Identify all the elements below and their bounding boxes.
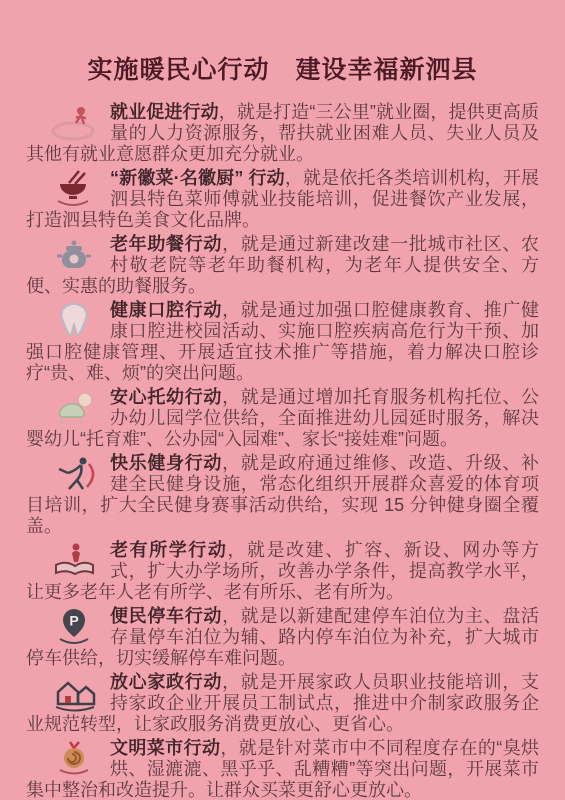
- action-item-elder-learning: 老有所学行动，就是改建、扩容、新设、网办等方式，扩大办学场所，改善办学条件，提高…: [26, 540, 539, 603]
- veg-basket-icon: [48, 739, 100, 779]
- action-body: ，就是针对菜市中不同程度存在的“臭烘烘、湿漉漉、黑乎乎、乱糟糟”等突出问题，开展…: [26, 738, 539, 800]
- action-title: 便民停车行动: [110, 606, 222, 626]
- action-item-housekeeping: 放心家政行动，就是开展家政人员职业技能培训，支持家政企业开展员工制试点，推进中介…: [26, 672, 539, 735]
- action-item-fitness: 快乐健身行动，就是政府通过维修、改造、升级、补建全民健身设施，常态化组织开展群众…: [26, 453, 539, 537]
- action-body: ，就是打造“三公里”就业圈，提供更高质量的人力资源服务，帮扶就业困难人员、失业人…: [26, 102, 539, 164]
- meal-pot-icon: [48, 235, 100, 275]
- action-body: ，就是政府通过维修、改造、升级、补建全民健身设施，常态化组织开展群众喜爱的体育项…: [26, 453, 539, 536]
- action-title: 文明菜市行动: [110, 738, 220, 758]
- open-book-icon: [48, 541, 100, 581]
- action-body: ，就是通过加强口腔健康教育、推广健康口腔进校园活动、实施口腔疾病高危行为干预、加…: [26, 300, 539, 383]
- bowl-chopsticks-icon: [48, 169, 100, 209]
- poster-page: 实施暖民心行动 建设幸福新泗县 就业促进行动，就是打造“三公里”就业圈，提供更高…: [0, 0, 565, 800]
- action-title: 安心托幼行动: [110, 387, 222, 407]
- action-title: 老年助餐行动: [110, 234, 222, 254]
- action-body: ，就是开展家政人员职业技能培训，支持家政企业开展员工制试点，推进中介制家政服务企…: [26, 672, 539, 734]
- action-item-childcare: 安心托幼行动，就是通过增加托育服务机构托位、公办幼儿园学位供给，全面推进幼儿园延…: [26, 387, 539, 450]
- tooth-icon: [48, 301, 100, 341]
- action-title: 快乐健身行动: [110, 453, 222, 473]
- action-title: 健康口腔行动: [110, 300, 222, 320]
- gymnast-icon: [48, 454, 100, 494]
- action-item-elder-meal: 老年助餐行动，就是通过新建改建一批城市社区、农村敬老院等老年助餐机构，为老年人提…: [26, 234, 539, 297]
- action-title: 老有所学行动: [110, 540, 227, 560]
- action-body: ，就是通过增加托育服务机构托位、公办幼儿园学位供给，全面推进幼儿园延时服务，解决…: [26, 387, 539, 449]
- crawling-baby-icon: [48, 388, 100, 428]
- actions-list: 就业促进行动，就是打造“三公里”就业圈，提供更高质量的人力资源服务，帮扶就业困难…: [0, 86, 565, 800]
- action-body: ，就是通过新建改建一批城市社区、农村敬老院等老年助餐机构，为老年人提供安全、方便…: [26, 234, 539, 296]
- action-body: ，就是改建、扩容、新设、网办等方式，扩大办学场所，改善办学条件，提高教学水平，让…: [26, 540, 539, 602]
- svg-text:P: P: [69, 613, 78, 629]
- action-item-employment: 就业促进行动，就是打造“三公里”就业圈，提供更高质量的人力资源服务，帮扶就业困难…: [26, 102, 539, 165]
- action-item-market: 文明菜市行动，就是针对菜市中不同程度存在的“臭烘烘、湿漉漉、黑乎乎、乱糟糟”等突…: [26, 738, 539, 800]
- action-item-cuisine: “新徽菜·名徽厨” 行动，就是依托各类培训机构，开展泗县特色菜师傅就业技能培训，…: [26, 168, 539, 231]
- action-title: 就业促进行动: [110, 102, 219, 122]
- action-title: 放心家政行动: [110, 672, 222, 692]
- action-item-oral-health: 健康口腔行动，就是通过加强口腔健康教育、推广健康口腔进校园活动、实施口腔疾病高危…: [26, 300, 539, 384]
- job-route-icon: [48, 103, 100, 143]
- parking-pin-icon: P: [48, 607, 100, 647]
- houses-icon: [48, 673, 100, 713]
- page-title: 实施暖民心行动 建设幸福新泗县: [0, 0, 565, 86]
- action-item-parking: P 便民停车行动，就是以新建配建停车泊位为主、盘活存量停车泊位为辅、路内停车泊位…: [26, 606, 539, 669]
- action-body: ，就是以新建配建停车泊位为主、盘活存量停车泊位为辅、路内停车泊位为补充，扩大城市…: [26, 606, 539, 668]
- action-title: “新徽菜·名徽厨” 行动: [110, 168, 285, 188]
